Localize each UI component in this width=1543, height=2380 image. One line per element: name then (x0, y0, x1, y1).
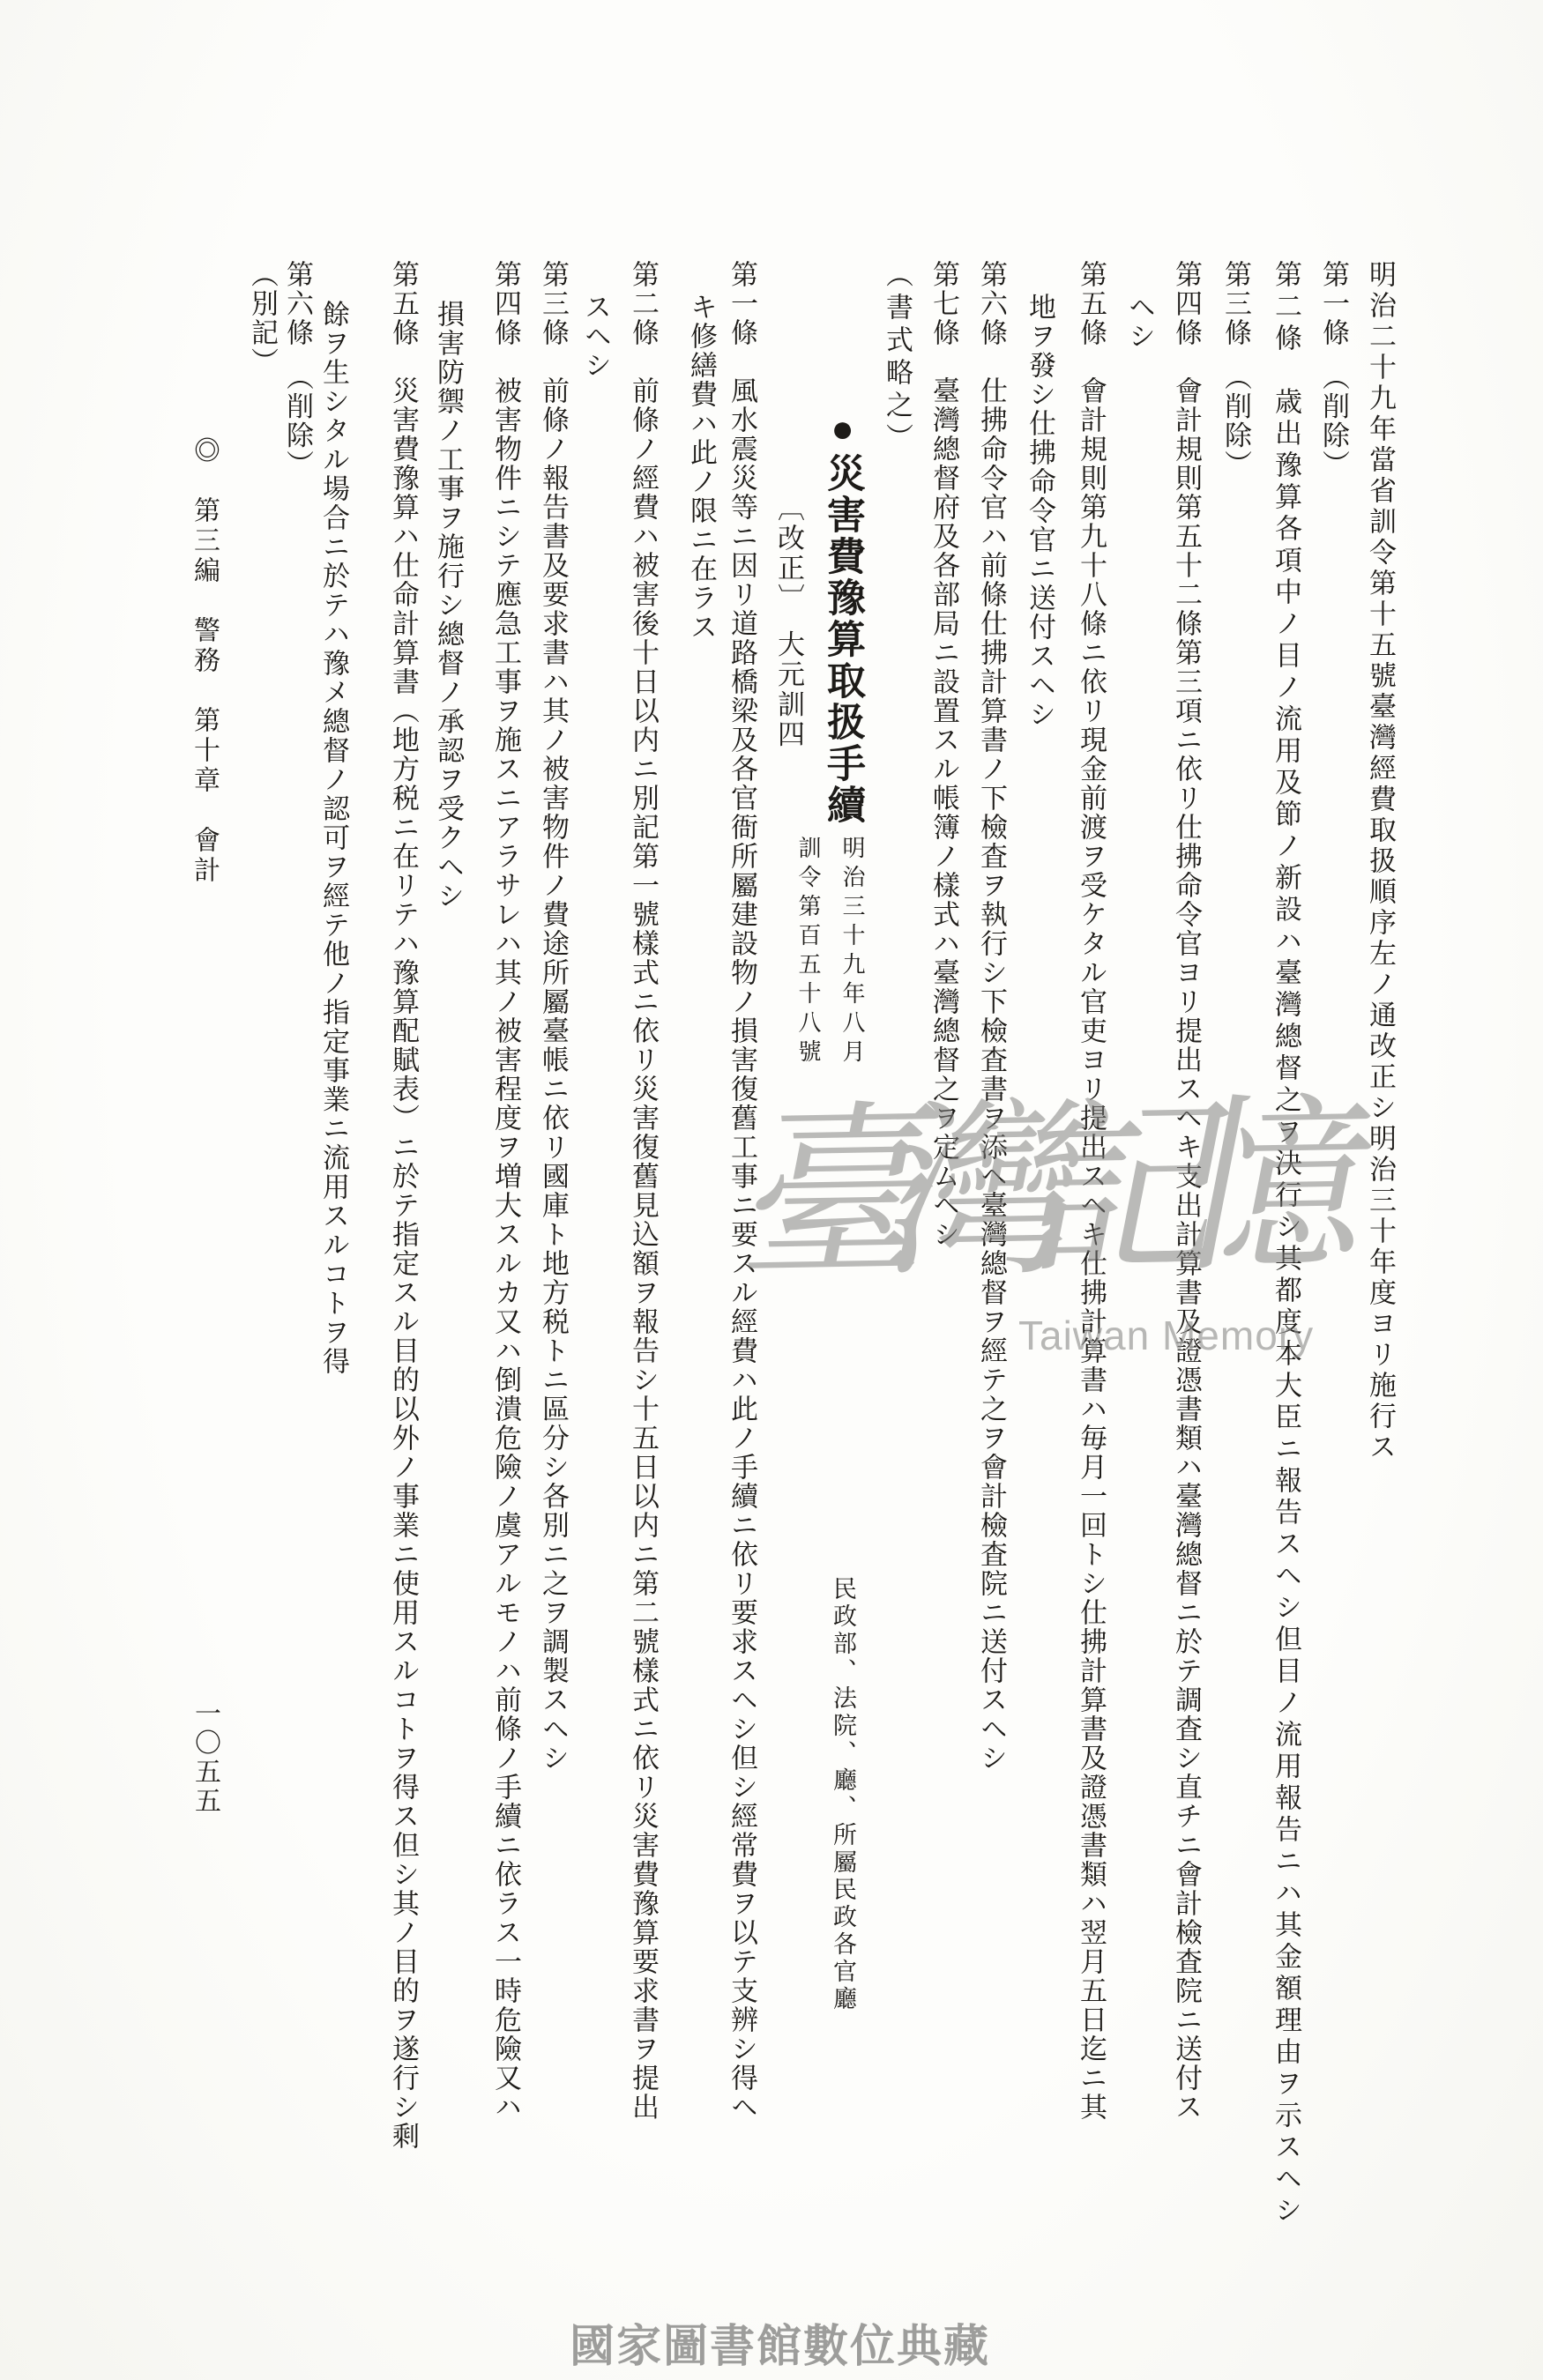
old-art4-cont: ヘシ (1120, 293, 1159, 351)
old-art2: 第二條 歳出豫算各項中ノ目ノ流用及節ノ新設ハ臺灣總督之ヲ決行シ其都度本大臣ニ報告… (1266, 260, 1306, 2228)
shoshiki-note: （書式略之） (877, 260, 917, 456)
rule-addressee: 民政部、法院、廳、所屬民政各官廳 (826, 1576, 861, 2013)
decree-intro: 明治二十九年當省訓令第十五號臺灣經費取扱順序左ノ通改正シ明治三十年度ヨリ施行ス (1360, 260, 1400, 1463)
new-art1: 第一條 風水震災等ニ因リ道路橋梁及各官衙所屬建設物ノ損害復舊工事ニ要スル經費ハ此… (722, 260, 762, 2122)
library-footer-caption: 國家圖書館數位典藏 (570, 2309, 990, 2375)
new-art5-cont: 餘ヲ生シタル場合ニ於テハ豫メ總督ノ認可ヲ經テ他ノ指定事業ニ流用スルコトヲ得 (314, 300, 354, 1376)
new-art5: 第五條 災害費豫算ハ仕命計算書（地方税ニ在リテハ豫算配賦表）ニ於テ指定スル目的以… (384, 260, 423, 2151)
new-art3: 第三條 前條ノ報告書及要求書ハ其ノ被害物件ノ費途所屬臺帳ニ依リ國庫ト地方税トニ區… (533, 260, 573, 1773)
new-art4-cont: 損害防禦ノ工事ヲ施行シ總督ノ承認ヲ受クヘシ (429, 300, 468, 911)
rule-title: ●災害費豫算取扱手續 (814, 407, 870, 826)
rule-number: 訓令第百五十八號 (792, 836, 824, 1068)
old-art1: 第一條 （削除） (1314, 260, 1353, 480)
old-art3: 第三條 （削除） (1216, 260, 1256, 480)
new-art2: 第二條 前條ノ經費ハ被害後十日以内ニ別記第一號樣式ニ依リ災害復舊見込額ヲ報告シ十… (623, 260, 663, 2122)
new-art4: 第四條 被害物件ニシテ應急工事ヲ施スニアラサレハ其ノ被害程度ヲ増大スルカ又ハ倒潰… (486, 260, 526, 2122)
taiwan-memory-watermark-cjk: 臺灣記憶 (730, 1092, 1344, 1291)
new-art2-cont: スヘシ (576, 293, 615, 380)
bekki-note: （別記） (242, 260, 282, 376)
old-art5: 第五條 會計規則第九十八條ニ依リ現金前渡ヲ受ケタル官吏ヨリ提出スヘキ仕拂計算書ハ… (1071, 260, 1111, 2122)
scanned-document-page: 臺灣記憶 Taiwan Memory 明治二十九年當省訓令第十五號臺灣經費取扱順… (0, 0, 1543, 2380)
kaisei-note: 〔改正〕 大元訓四 (769, 494, 809, 750)
old-art5-cont: 地ヲ發シ仕拂命令官ニ送付スヘシ (1020, 293, 1060, 729)
old-art7: 第七條 臺灣總督府及各部局ニ設置スル帳簿ノ樣式ハ臺灣總督之ヲ定ムヘシ (924, 260, 964, 1249)
old-art6: 第六條 仕拂命令官ハ前條仕拂計算書ノ下檢査ヲ執行シ下檢査書ヲ添ヘ臺灣總督ヲ經テ之… (972, 260, 1011, 1773)
new-art6: 第六條 （削除） (278, 260, 317, 480)
new-art1-cont: キ修繕費ハ此ノ限ニ在ラス (682, 293, 721, 642)
chapter-margin-label: ◎ 第三編 警務 第十章 會計 (184, 436, 223, 886)
old-art4: 第四條 會計規則第五十二條第三項ニ依リ仕拂命令官ヨリ提出スヘキ支出計算書及證憑書… (1167, 260, 1206, 2122)
rule-date: 明治三十九年八月 (836, 836, 868, 1068)
page-number: 一〇五五 (185, 1699, 224, 1816)
